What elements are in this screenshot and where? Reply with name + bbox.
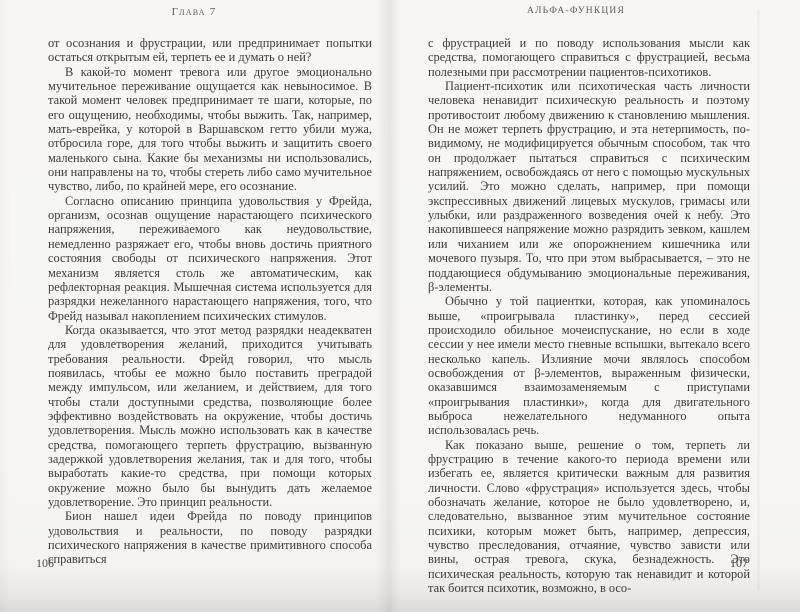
- right-page: АЛЬФА-ФУНКЦИЯ с фрустрацией и по поводу …: [388, 0, 764, 612]
- paragraph: Обычно у той пациентки, которая, как упо…: [428, 294, 750, 437]
- page-number-right: 107: [730, 556, 748, 571]
- paragraph: Когда оказывается, что этот метод разряд…: [48, 323, 372, 509]
- page-number-left: 106: [36, 556, 54, 571]
- book-spread: Глава 7 от осознания и фрустрации, или п…: [0, 0, 800, 612]
- running-head-left: Глава 7: [0, 6, 388, 18]
- left-page-text-block: от осознания и фрустрации, или предприни…: [48, 36, 372, 567]
- paragraph: от осознания и фрустрации, или предприни…: [48, 36, 372, 65]
- paragraph: Пациент-психотик или психотическая часть…: [428, 79, 750, 294]
- right-page-text-block: с фрустрацией и по поводу использования …: [428, 36, 750, 595]
- paragraph: Бион нашел идеи Фрейда по поводу принцип…: [48, 509, 372, 566]
- paragraph: В какой-то момент тревога или другое эмо…: [48, 65, 372, 194]
- left-page: Глава 7 от осознания и фрустрации, или п…: [0, 0, 388, 612]
- paragraph: с фрустрацией и по поводу использования …: [428, 36, 750, 79]
- paragraph: Как показано выше, решение о том, терпет…: [428, 438, 750, 596]
- paragraph: Согласно описанию принципа удовольствия …: [48, 194, 372, 323]
- running-head-right: АЛЬФА-ФУНКЦИЯ: [388, 6, 764, 16]
